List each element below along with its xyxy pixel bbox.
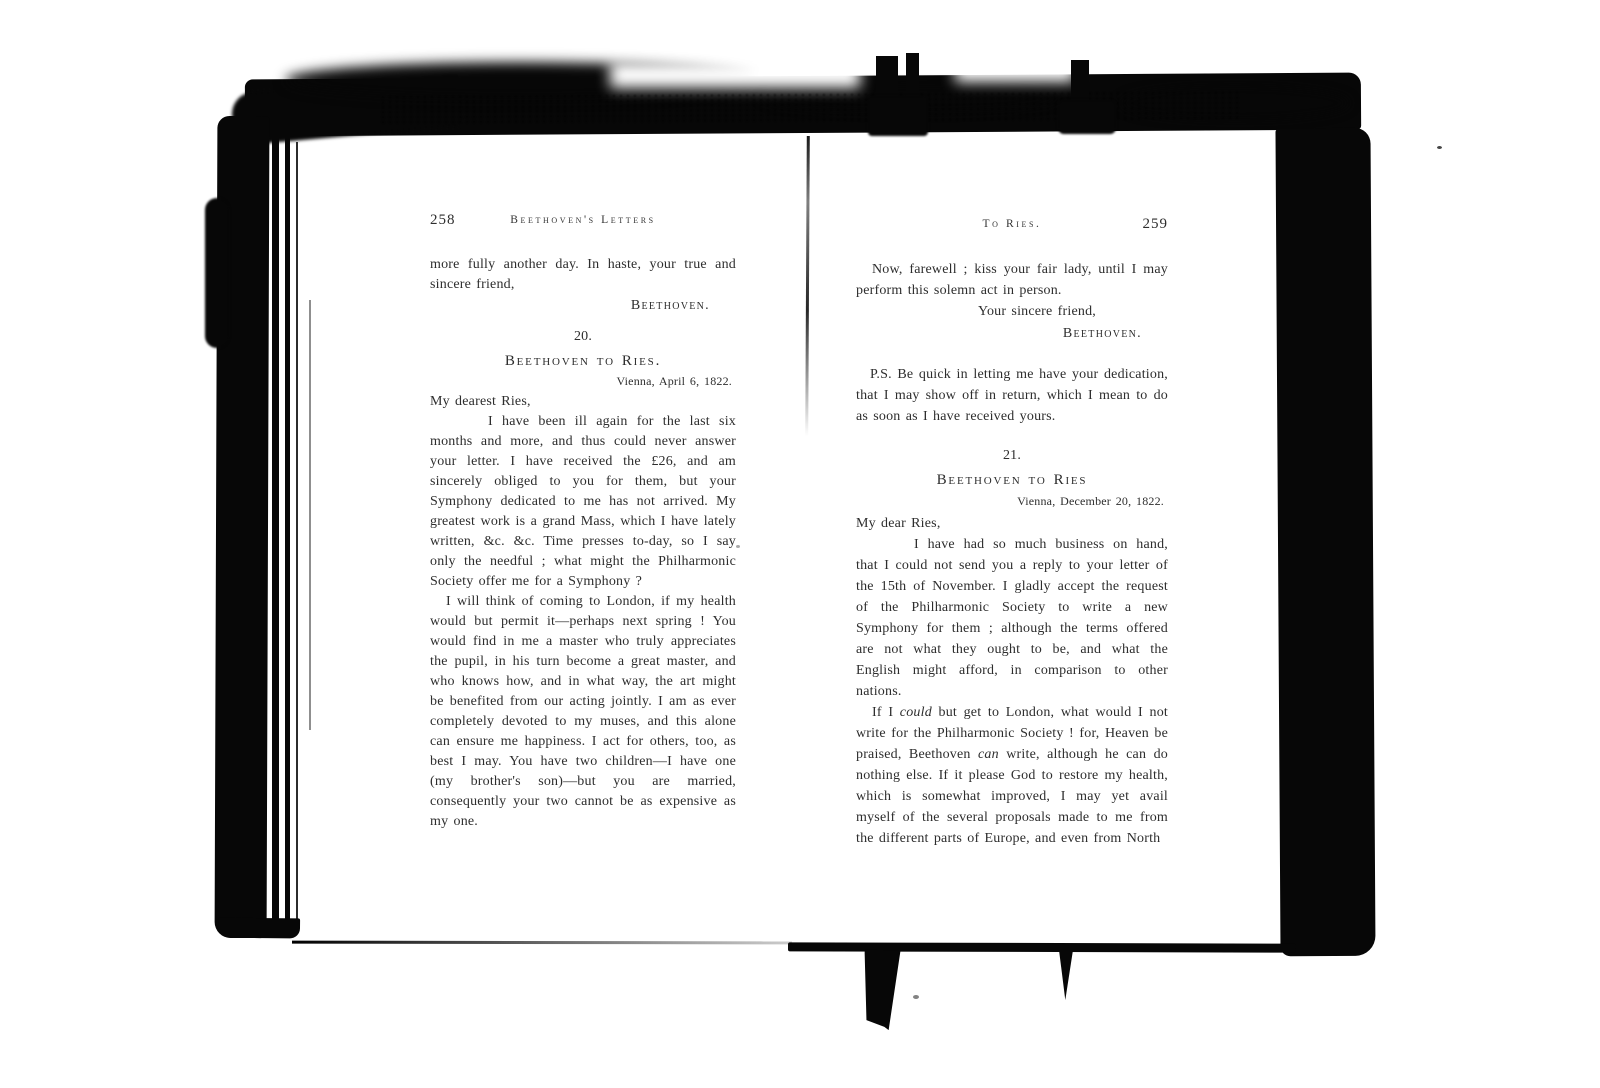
ink-page-edge-stripe	[272, 128, 279, 928]
ink-protrusion-base	[868, 96, 928, 136]
text-block-signature: Beethoven.	[430, 296, 736, 316]
right-running-header: To Ries.	[856, 218, 1168, 230]
right-page-body: Now, farewell ; kiss your fair lady, unt…	[856, 259, 1168, 849]
right-page: To Ries. 259 Now, farewell ; kiss your f…	[856, 218, 1168, 849]
ink-drip	[863, 950, 900, 1030]
ink-bottom-edge-right	[788, 942, 1296, 952]
text-block-body-first: Now, farewell ; kiss your fair lady, unt…	[856, 259, 1168, 301]
left-page-number: 258	[430, 212, 456, 229]
ink-speck	[1437, 146, 1442, 149]
text-block-dateline: Vienna, December 20, 1822.	[856, 491, 1168, 512]
left-page-body: more fully another day. In haste, your t…	[430, 255, 736, 832]
text-block-heading: Beethoven to Ries.	[430, 351, 736, 371]
ink-bottom-edge-left	[292, 941, 792, 945]
right-page-header: To Ries. 259	[856, 218, 1168, 238]
left-running-header: Beethoven's Letters	[430, 214, 736, 226]
ink-page-edge-stripe	[309, 300, 311, 730]
text-block-number: 20.	[430, 327, 736, 347]
right-page-number: 259	[1143, 216, 1169, 233]
text-block-body-deep: I have had so much business on hand, tha…	[856, 534, 1168, 702]
ink-left-bump	[205, 198, 229, 348]
text-block-ps: P.S. Be quick in letting me have your de…	[856, 364, 1168, 427]
text-block-body-first: I will think of coming to London, if my …	[430, 592, 736, 832]
text-block-number: 21.	[856, 445, 1168, 466]
ink-drip	[1059, 950, 1073, 1000]
text-block-signature: Beethoven.	[856, 323, 1168, 344]
ink-band-notch	[610, 62, 860, 88]
text-block-dateline: Vienna, April 6, 1822.	[430, 371, 736, 391]
ink-page-edge-stripe	[285, 126, 290, 928]
ink-protrusion-base	[1058, 100, 1116, 134]
text-block-closing: Your sincere friend,	[856, 301, 1168, 322]
text-block-salutation: My dearest Ries,	[430, 392, 736, 412]
ink-page-edge-stripe	[296, 142, 298, 920]
ink-speck	[913, 995, 919, 999]
left-page-header: 258 Beethoven's Letters	[430, 214, 736, 234]
text-block-heading: Beethoven to Ries	[856, 470, 1168, 491]
left-page: 258 Beethoven's Letters more fully anoth…	[430, 214, 736, 832]
ink-band-notch	[955, 58, 1075, 82]
text-block-body-deep: I have been ill again for the last six m…	[430, 412, 736, 592]
text-block-salutation: My dear Ries,	[856, 513, 1168, 534]
book-spine-line	[805, 136, 810, 436]
text-block-body-first: If I could but get to London, what would…	[856, 702, 1168, 849]
ink-right-page-edges	[1275, 128, 1375, 957]
text-block-body-plain: more fully another day. In haste, your t…	[430, 255, 736, 295]
ink-speck	[736, 545, 740, 548]
